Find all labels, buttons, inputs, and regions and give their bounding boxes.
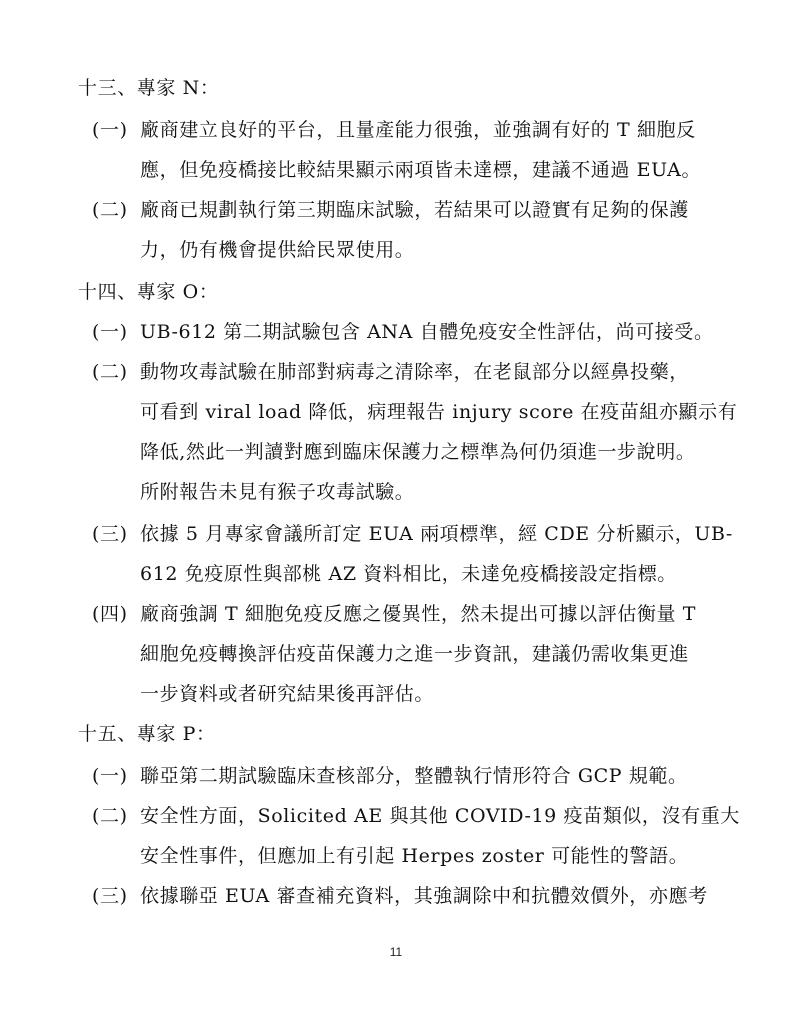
list-item-13-1: (一)廠商建立良好的平台，且量產能力很強，並強調有好的 T 細胞反 xyxy=(92,118,696,142)
list-item-14-2: (二)動物攻毒試驗在肺部對病毒之清除率，在老鼠部分以經鼻投藥， xyxy=(92,360,689,384)
list-item-14-4: (四)廠商強調 T 細胞免疫反應之優異性，然未提出可據以評估衡量 T xyxy=(92,602,696,626)
page-number: 11 xyxy=(0,945,792,959)
section-heading-15: 十五、專家 P： xyxy=(78,722,216,746)
item-continuation: 可看到 viral load 降低，病理報告 injury score 在疫苗組… xyxy=(140,400,737,424)
item-continuation: 細胞免疫轉換評估疫苗保護力之進一步資訊，建議仍需收集更進 xyxy=(140,642,689,666)
list-item-14-3: (三)依據 5 月專家會議所訂定 EUA 兩項標準，經 CDE 分析顯示，UB- xyxy=(92,522,733,546)
item-number: (一) xyxy=(92,320,140,344)
list-item-15-1: (一)聯亞第二期試驗臨床查核部分，整體執行情形符合 GCP 規範。 xyxy=(92,764,688,788)
item-text: 廠商建立良好的平台，且量產能力很強，並強調有好的 T 細胞反 xyxy=(140,119,696,141)
item-text: 依據 5 月專家會議所訂定 EUA 兩項標準，經 CDE 分析顯示，UB- xyxy=(140,523,733,545)
item-continuation: 降低,然此一判讀對應到臨床保護力之標準為何仍須進一步說明。 xyxy=(140,440,695,464)
item-continuation: 一步資料或者研究結果後再評估。 xyxy=(140,682,434,706)
item-text: UB-612 第二期試驗包含 ANA 自體免疫安全性評估，尚可接受。 xyxy=(140,321,714,343)
section-heading-14: 十四、專家 O： xyxy=(78,280,218,304)
item-text: 廠商已規劃執行第三期臨床試驗，若結果可以證實有足夠的保護 xyxy=(140,199,689,221)
list-item-14-1: (一)UB-612 第二期試驗包含 ANA 自體免疫安全性評估，尚可接受。 xyxy=(92,320,714,344)
item-number: (二) xyxy=(92,804,140,828)
item-number: (四) xyxy=(92,602,140,626)
item-text: 廠商強調 T 細胞免疫反應之優異性，然未提出可據以評估衡量 T xyxy=(140,603,696,625)
list-item-13-2: (二)廠商已規劃執行第三期臨床試驗，若結果可以證實有足夠的保護 xyxy=(92,198,689,222)
list-item-15-2: (二)安全性方面，Solicited AE 與其他 COVID-19 疫苗類似，… xyxy=(92,804,740,828)
item-continuation: 力，仍有機會提供給民眾使用。 xyxy=(140,238,414,262)
item-number: (三) xyxy=(92,884,140,908)
item-number: (二) xyxy=(92,360,140,384)
item-continuation: 612 免疫原性與部桃 AZ 資料相比，未達免疫橋接設定指標。 xyxy=(140,562,677,586)
item-number: (一) xyxy=(92,764,140,788)
item-text: 聯亞第二期試驗臨床查核部分，整體執行情形符合 GCP 規範。 xyxy=(140,765,688,787)
section-heading-13: 十三、專家 N： xyxy=(78,76,219,100)
list-item-15-3: (三)依據聯亞 EUA 審查補充資料，其強調除中和抗體效價外，亦應考 xyxy=(92,884,708,908)
item-continuation: 應，但免疫橋接比較結果顯示兩項皆未達標，建議不通過 EUA。 xyxy=(140,158,701,182)
item-continuation: 安全性事件，但應加上有引起 Herpes zoster 可能性的警語。 xyxy=(140,844,688,868)
document-page: 十三、專家 N： (一)廠商建立良好的平台，且量產能力很強，並強調有好的 T 細… xyxy=(0,0,792,1025)
item-number: (二) xyxy=(92,198,140,222)
item-text: 依據聯亞 EUA 審查補充資料，其強調除中和抗體效價外，亦應考 xyxy=(140,885,708,907)
item-number: (一) xyxy=(92,118,140,142)
item-text: 安全性方面，Solicited AE 與其他 COVID-19 疫苗類似，沒有重… xyxy=(140,805,740,827)
item-continuation: 所附報告未見有猴子攻毒試驗。 xyxy=(140,480,414,504)
item-number: (三) xyxy=(92,522,140,546)
item-text: 動物攻毒試驗在肺部對病毒之清除率，在老鼠部分以經鼻投藥， xyxy=(140,361,689,383)
